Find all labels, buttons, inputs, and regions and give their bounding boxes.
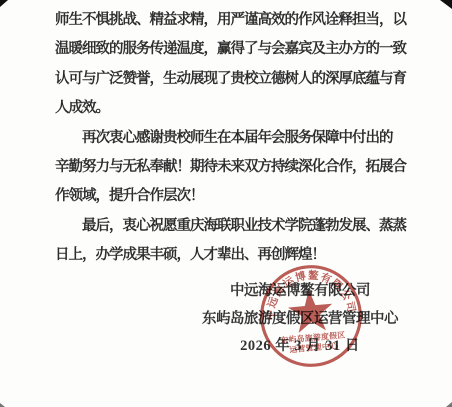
- letter-line: 师生不惧挑战、精益求精，用严谨高效的作风诠释担当，以: [55, 6, 407, 35]
- scan-corner-mark: [440, 0, 452, 9]
- signature-date: 2026 年 3 月 31 日: [160, 333, 440, 361]
- scan-corner-mark: [0, 403, 5, 407]
- letter-line: 日上，办学成果丰硕，人才辈出、再创辉煌！: [55, 241, 407, 270]
- signature-block: 中远海运博鳌有限公司 东屿岛旅游度假区运营管理中心 2026 年 3 月 31 …: [160, 278, 440, 361]
- letter-line: 作领域，提升合作层次！: [55, 182, 407, 211]
- scan-corner-mark: [0, 0, 8, 7]
- letter-line: 最后，衷心祝愿重庆海联职业技术学院蓬勃发展、蒸蒸: [55, 212, 407, 241]
- letter-line: 人成效。: [55, 94, 407, 123]
- letter-line: 辛勤努力与无私奉献！期待未来双方持续深化合作，拓展合: [55, 153, 407, 182]
- letter-line: 认可与广泛赞誉，生动展现了贵校立德树人的深厚底蕴与育: [55, 65, 407, 94]
- scanned-letter-page: 师生不惧挑战、精益求精，用严谨高效的作风诠释担当，以 温暖细致的服务传递温度，赢…: [0, 0, 452, 407]
- signature-department: 东屿岛旅游度假区运营管理中心: [160, 306, 440, 334]
- letter-line: 温暖细致的服务传递温度，赢得了与会嘉宾及主办方的一致: [55, 35, 407, 64]
- letter-line: 再次衷心感谢贵校师生在本届年会服务保障中付出的: [55, 124, 407, 153]
- scan-corner-mark: [446, 402, 452, 407]
- signature-company: 中远海运博鳌有限公司: [160, 278, 440, 306]
- letter-body: 师生不惧挑战、精益求精，用严谨高效的作风诠释担当，以 温暖细致的服务传递温度，赢…: [55, 6, 407, 271]
